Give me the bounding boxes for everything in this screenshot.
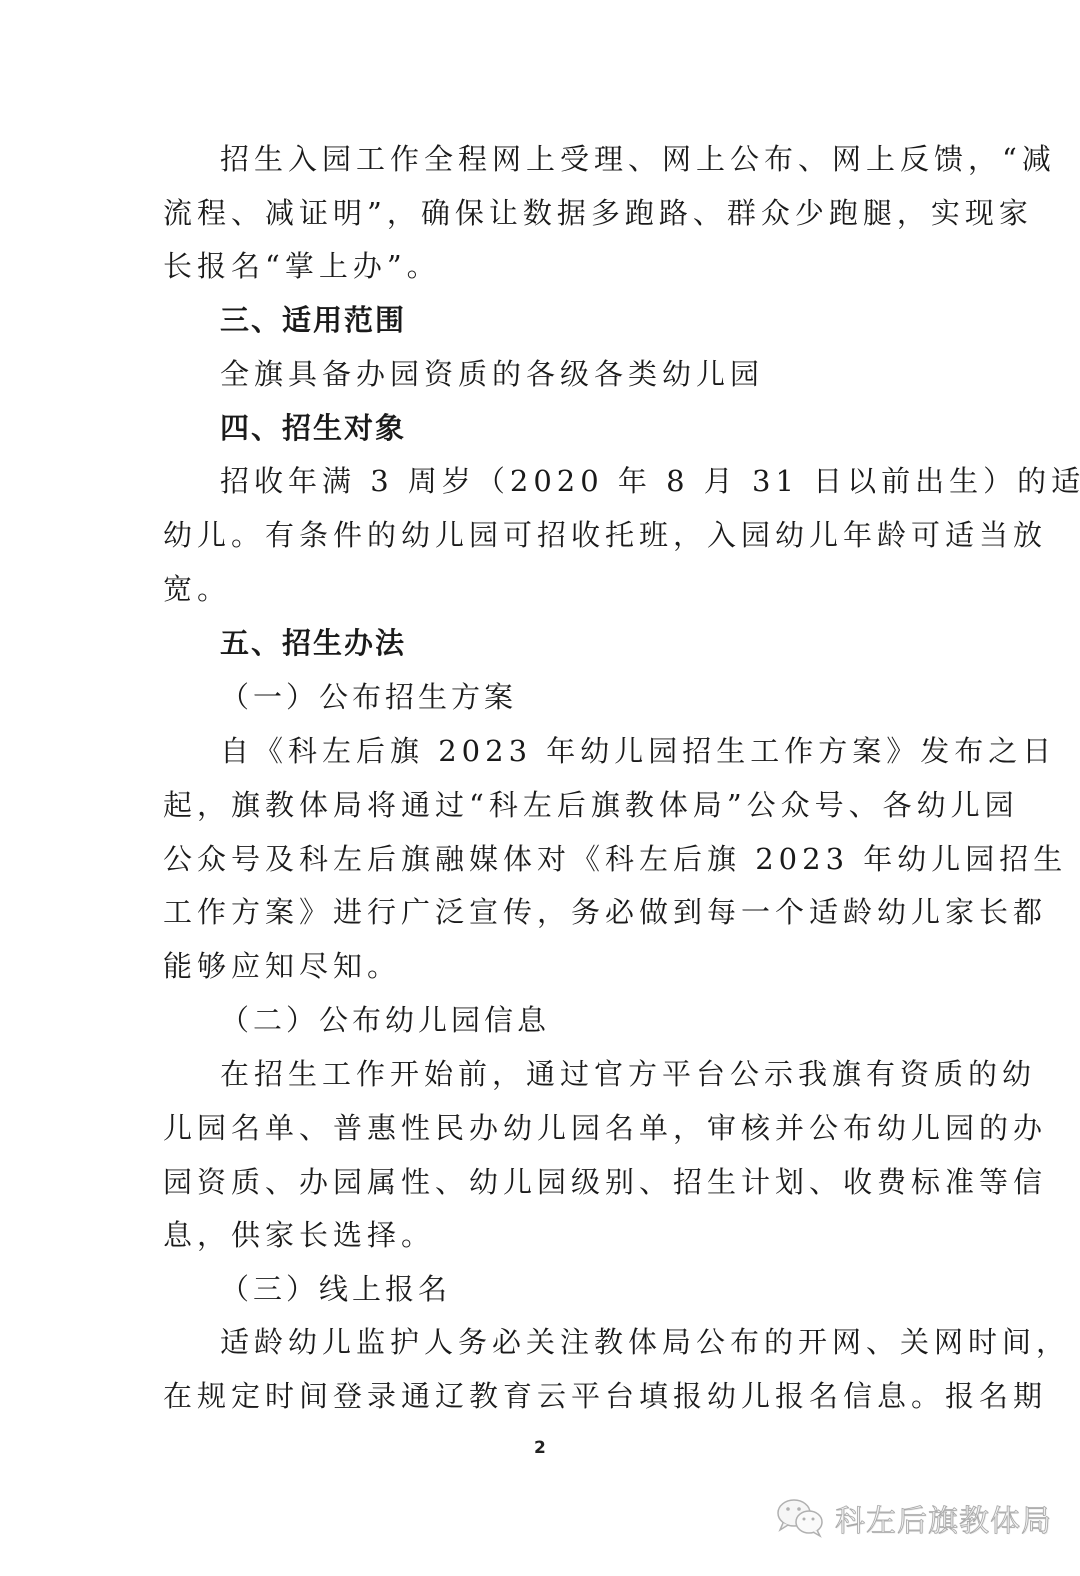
- paragraph-line: 能够应知尽知。: [163, 946, 933, 986]
- paragraph-line: 儿园名单、普惠性民办幼儿园名单，审核并公布幼儿园的办: [163, 1108, 933, 1148]
- watermark: 科左后旗教体局: [775, 1496, 1052, 1540]
- section-heading: 三、适用范围: [220, 300, 933, 340]
- paragraph-line: 园资质、办园属性、幼儿园级别、招生计划、收费标准等信: [163, 1162, 933, 1202]
- paragraph-line: 工作方案》进行广泛宣传，务必做到每一个适龄幼儿家长都: [163, 892, 933, 932]
- page-number: 2: [534, 1438, 546, 1458]
- subsection-heading: （二）公布幼儿园信息: [220, 1000, 933, 1040]
- paragraph-line: 幼儿。有条件的幼儿园可招收托班，入园幼儿年龄可适当放: [163, 515, 933, 555]
- paragraph-line: 宽。: [163, 569, 933, 609]
- paragraph-line: 招生入园工作全程网上受理、网上公布、网上反馈，“减: [220, 139, 933, 179]
- paragraph-line: 招收年满 3 周岁（2020 年 8 月 31 日以前出生）的适龄: [220, 461, 933, 501]
- paragraph-line: 全旗具备办园资质的各级各类幼儿园: [220, 354, 933, 394]
- paragraph-line: 自《科左后旗 2023 年幼儿园招生工作方案》发布之日: [220, 731, 933, 771]
- watermark-text: 科左后旗教体局: [835, 1496, 1052, 1540]
- paragraph-line: 起，旗教体局将通过“科左后旗教体局”公众号、各幼儿园: [163, 785, 933, 825]
- document-page: 招生入园工作全程网上受理、网上公布、网上反馈，“减 流程、减证明”，确保让数据多…: [0, 0, 1080, 1576]
- paragraph-line: 息，供家长选择。: [163, 1215, 933, 1255]
- subsection-heading: （三）线上报名: [220, 1269, 933, 1309]
- paragraph-line: 适龄幼儿监护人务必关注教体局公布的开网、关网时间，: [220, 1322, 933, 1362]
- section-heading: 四、招生对象: [220, 408, 933, 448]
- paragraph-line: 长报名“掌上办”。: [163, 246, 933, 286]
- paragraph-line: 流程、减证明”，确保让数据多跑路、群众少跑腿，实现家: [163, 193, 933, 233]
- subsection-heading: （一）公布招生方案: [220, 677, 933, 717]
- wechat-icon: [775, 1497, 827, 1539]
- paragraph-line: 在规定时间登录通辽教育云平台填报幼儿报名信息。报名期: [163, 1376, 933, 1416]
- paragraph-line: 在招生工作开始前，通过官方平台公示我旗有资质的幼: [220, 1054, 933, 1094]
- section-heading: 五、招生办法: [220, 623, 933, 663]
- paragraph-line: 公众号及科左后旗融媒体对《科左后旗 2023 年幼儿园招生: [163, 839, 933, 879]
